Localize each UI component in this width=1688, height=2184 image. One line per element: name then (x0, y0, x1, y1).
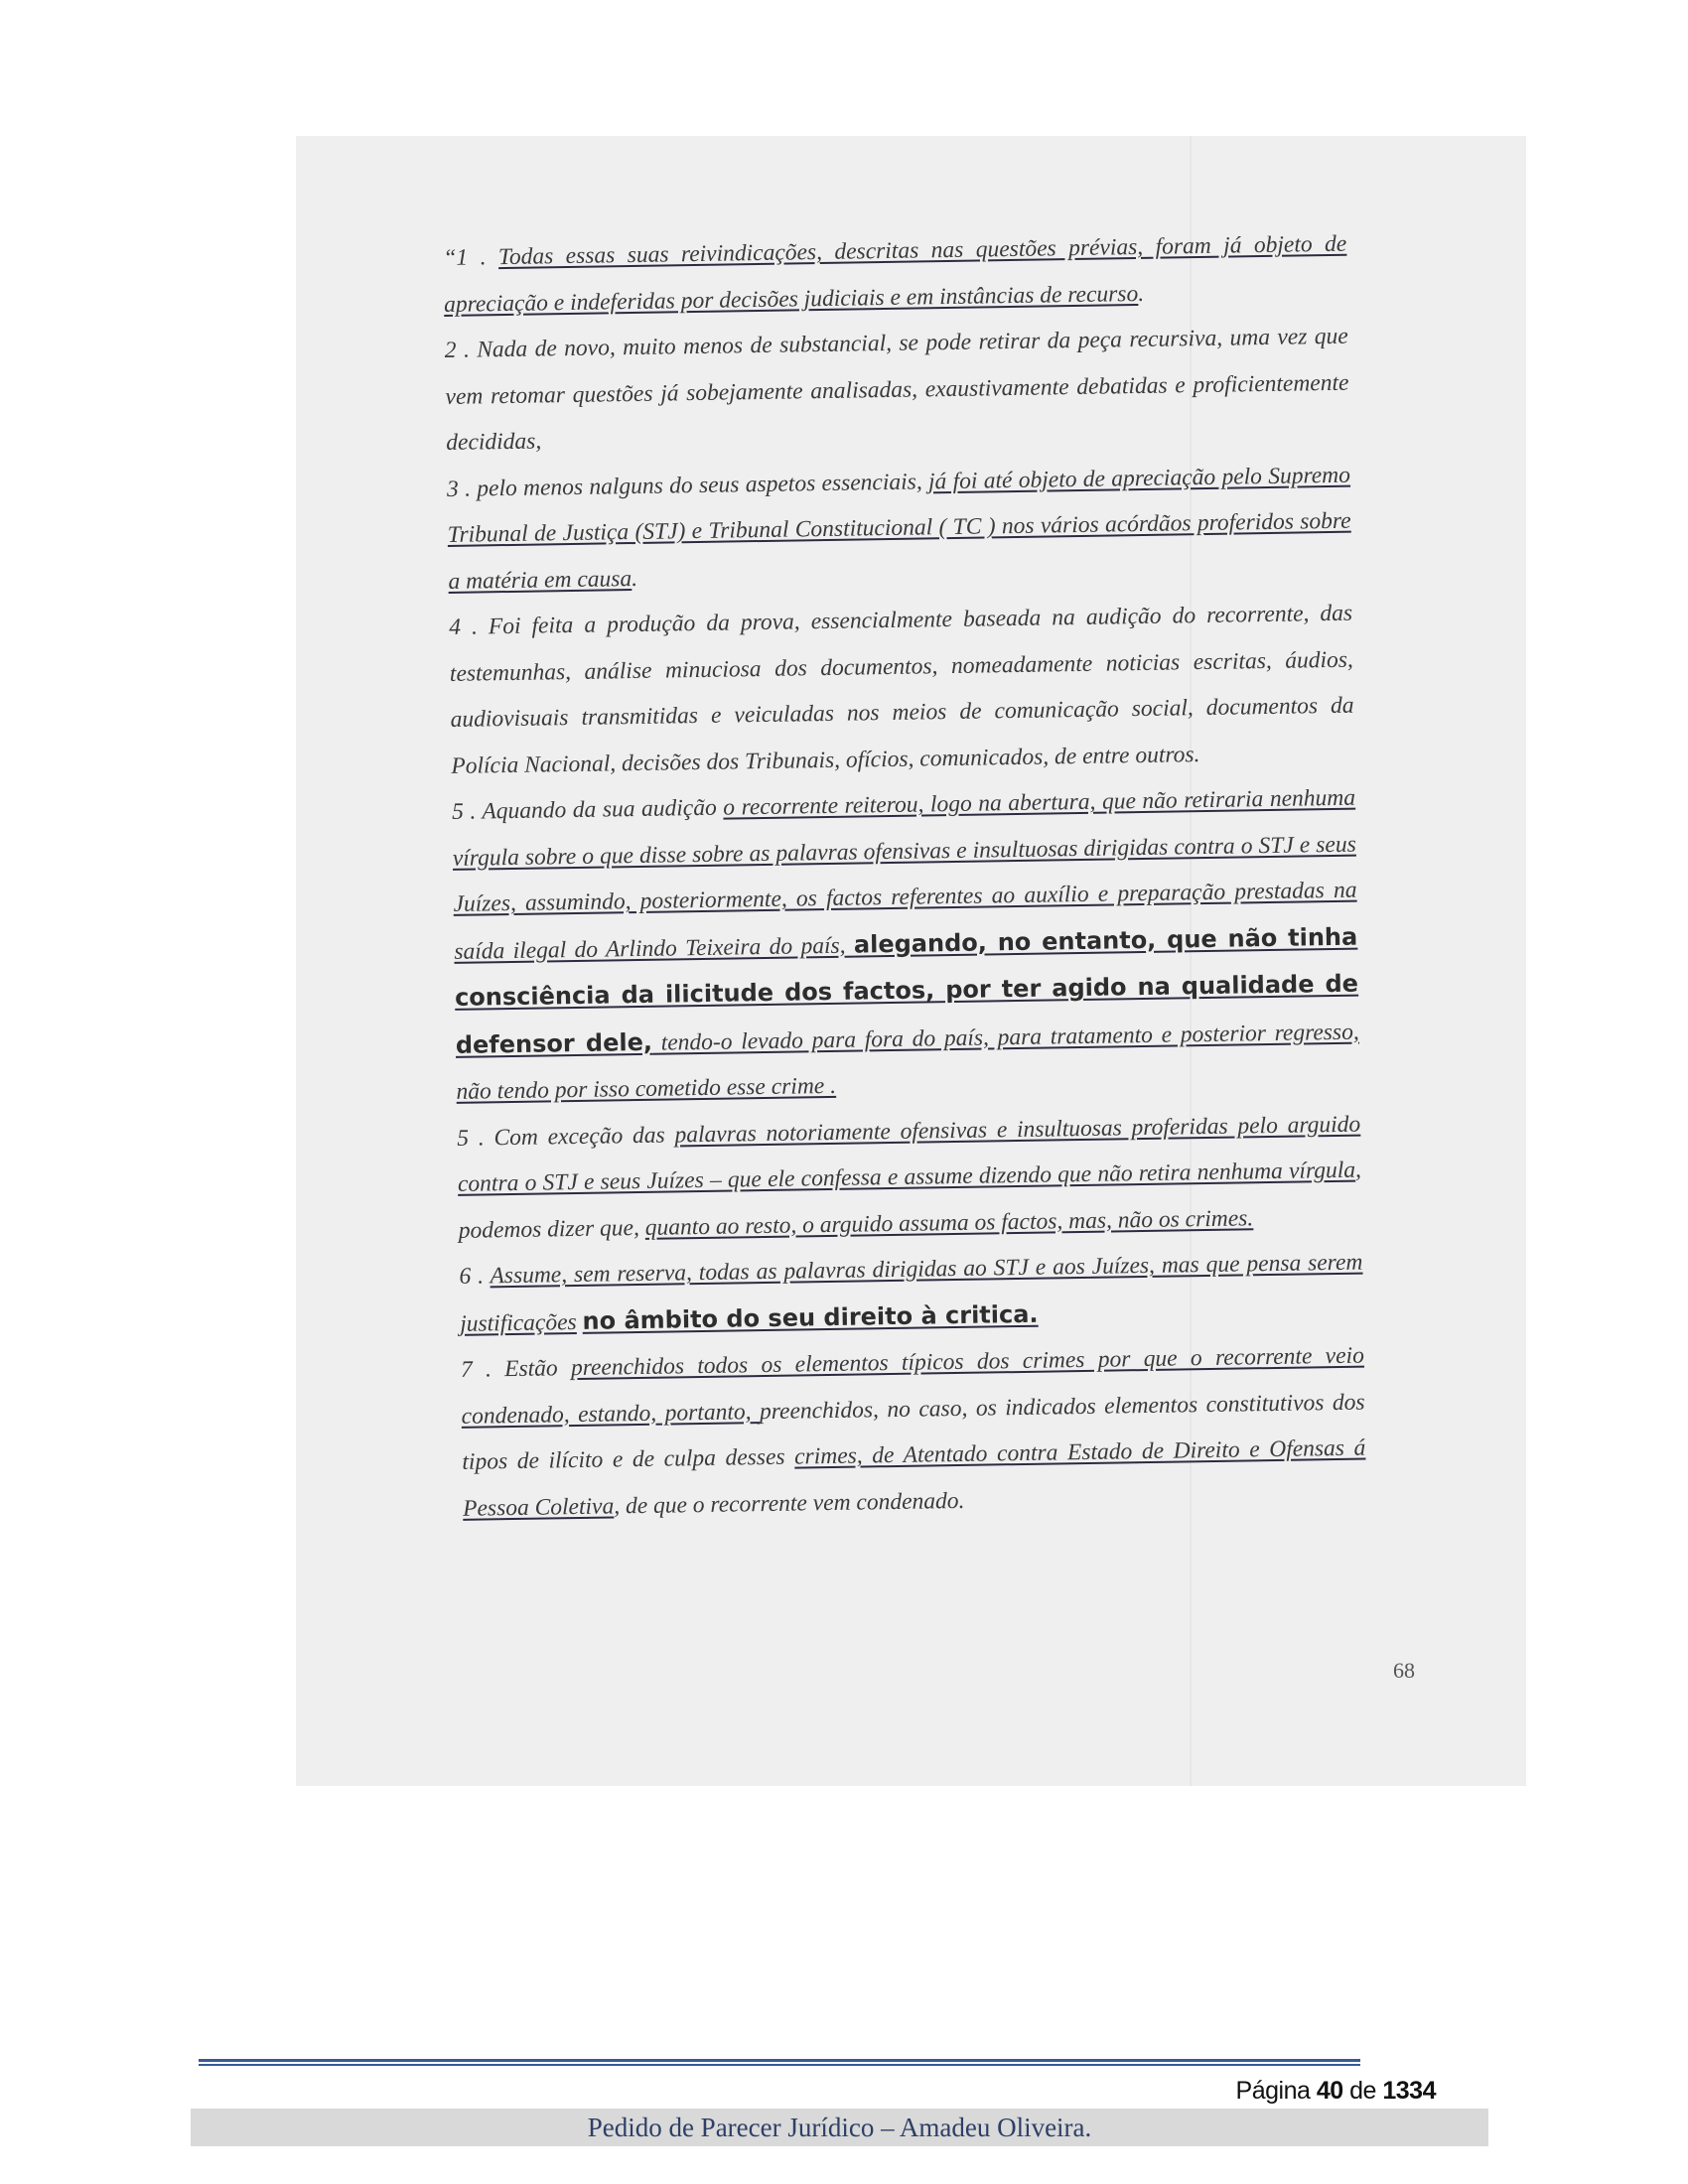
paragraph-p2: 2 . Nada de novo, muito menos de substan… (444, 314, 1349, 467)
text-segment: 4 . Foi feita a produção da prova, essen… (449, 601, 1354, 779)
text-segment: , de que o recorrente vem condenado. (614, 1487, 965, 1519)
paragraph-p5a: 5 . Aquando da sua audição o recorrente … (452, 775, 1360, 1116)
page-of: de (1349, 2077, 1376, 2105)
text-segment: . (632, 565, 637, 591)
text-segment: 7 . Estão (461, 1355, 571, 1383)
text-segment: . (1138, 280, 1144, 306)
paragraph-p3: 3 . pelo menos nalguns do seus aspetos e… (447, 452, 1352, 605)
page-counter: Página 40 de 1334 (1236, 2077, 1436, 2106)
footer-divider (199, 2059, 1360, 2067)
scanned-page-number: 68 (1393, 1658, 1415, 1684)
text-segment: 6 . (459, 1263, 490, 1289)
paragraph-p4: 4 . Foi feita a produção da prova, essen… (449, 591, 1355, 789)
footer-title: Pedido de Parecer Jurídico – Amadeu Oliv… (588, 2113, 1092, 2143)
text-segment: quanto ao resto, o arguido assuma os fac… (645, 1205, 1254, 1241)
text-segment: no âmbito do seu direito à critica. (582, 1299, 1038, 1334)
text-segment: 2 . Nada de novo, muito menos de substan… (445, 324, 1349, 456)
text-segment: 5 . Com exceção das (457, 1122, 675, 1151)
paragraph-p6: 6 . Assume, sem reserva, todas as palavr… (459, 1240, 1363, 1347)
text-segment: “1 . (443, 244, 498, 271)
text-segment: 3 . pelo menos nalguns do seus aspetos e… (447, 469, 928, 502)
page-label: Página (1236, 2077, 1311, 2105)
scanned-page: “1 . Todas essas suas reivindicações, de… (296, 136, 1526, 1786)
scanned-text-body: “1 . Todas essas suas reivindicações, de… (443, 221, 1366, 1532)
paragraph-p5b: 5 . Com exceção das palavras notoriament… (457, 1101, 1362, 1254)
paragraph-p7: 7 . Estão preenchidos todos os elementos… (461, 1333, 1367, 1532)
footer-band: Pedido de Parecer Jurídico – Amadeu Oliv… (191, 2109, 1488, 2146)
paragraph-p1: “1 . Todas essas suas reivindicações, de… (443, 221, 1347, 328)
page-total: 1334 (1382, 2077, 1436, 2105)
text-segment: Todas essas suas reivindicações, descrit… (444, 231, 1347, 318)
page-current: 40 (1317, 2077, 1343, 2105)
text-segment: 5 . Aquando da sua audição (452, 795, 724, 825)
